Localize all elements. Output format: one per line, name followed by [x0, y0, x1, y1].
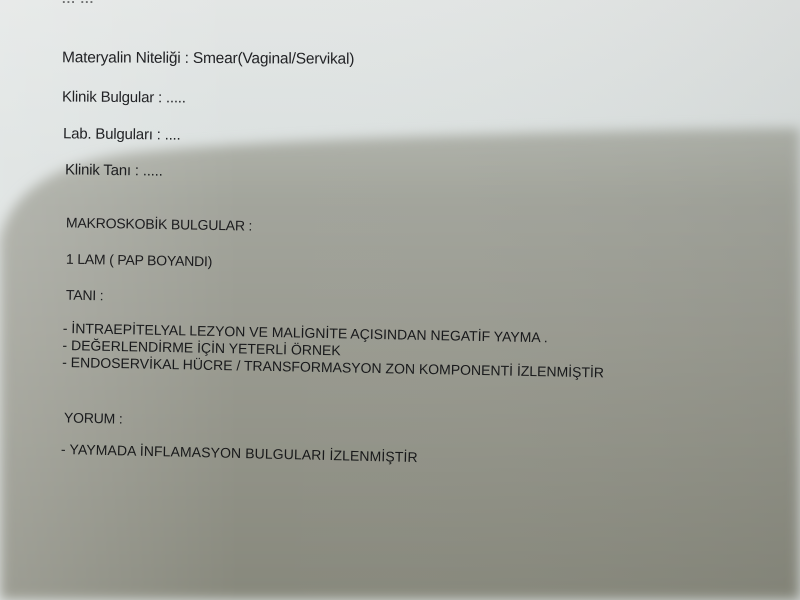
field-clinical-diagnosis: Klinik Tanı : .....	[65, 161, 163, 179]
field-clinical-findings: Klinik Bulgular : .....	[62, 88, 186, 106]
macroscopic-heading: MAKROSKOBİK BULGULAR :	[66, 214, 252, 233]
cutoff-header-text: ... ...	[62, 0, 94, 6]
diagnosis-heading: TANI :	[66, 287, 104, 304]
macroscopic-text: 1 LAM ( PAP BOYANDI)	[66, 251, 212, 270]
diagnosis-list: - İNTRAEPİTELYAL LEZYON VE MALİGNİTE AÇI…	[62, 320, 605, 381]
comment-item: - YAYMADA İNFLAMASYON BULGULARI İZLENMİŞ…	[61, 441, 418, 465]
report-document: ... ... Materyalin Niteliği : Smear(Vagi…	[0, 0, 800, 600]
field-lab-findings: Lab. Bulguları : ....	[63, 125, 181, 143]
field-material-type: Materyalin Niteliği : Smear(Vaginal/Serv…	[62, 49, 354, 69]
comment-heading: YORUM :	[64, 409, 123, 426]
